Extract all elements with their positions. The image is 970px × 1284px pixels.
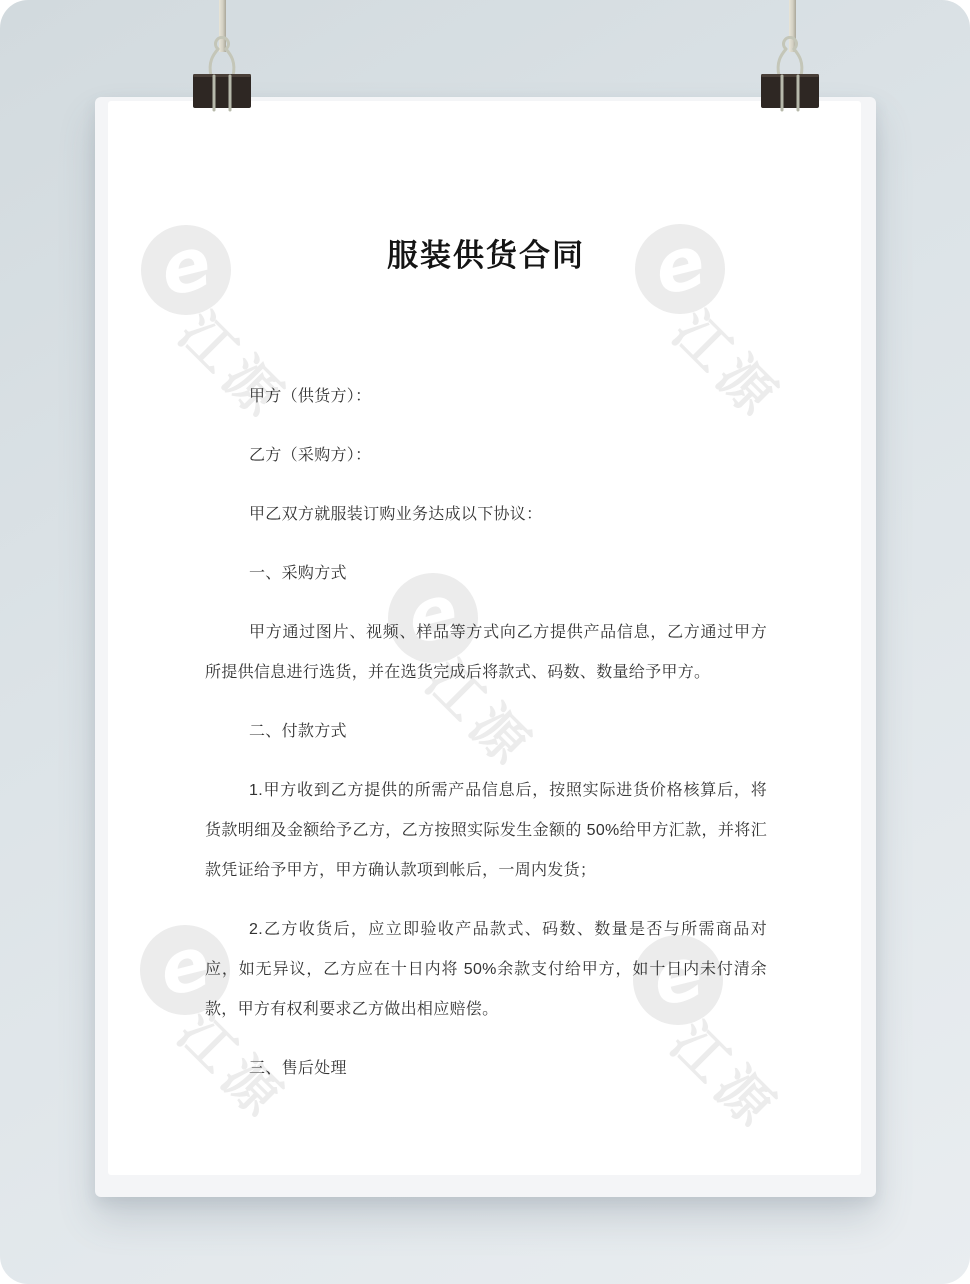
paragraph: 1.甲方收到乙方提供的所需产品信息后，按照实际进货价格核算后，将货款明细及金额给… bbox=[205, 771, 767, 891]
binder-clip-right bbox=[753, 36, 827, 114]
contract-body: 服装供货合同 甲方（供货方）：乙方（采购方）：甲乙双方就服装订购业务达成以下协议… bbox=[108, 101, 861, 1089]
paragraph: 一、采购方式 bbox=[205, 554, 767, 594]
paragraph: 甲方（供货方）： bbox=[205, 377, 767, 417]
contract-page: e 江源 e 江源 e 江源 e 江源 e 江源 服装供货合同 bbox=[108, 101, 861, 1175]
document-title: 服装供货合同 bbox=[205, 238, 767, 274]
paragraph: 乙方（采购方）： bbox=[205, 436, 767, 476]
paragraph: 二、付款方式 bbox=[205, 712, 767, 752]
paragraph: 甲乙双方就服装订购业务达成以下协议： bbox=[205, 495, 767, 535]
paragraph-list: 甲方（供货方）：乙方（采购方）：甲乙双方就服装订购业务达成以下协议：一、采购方式… bbox=[205, 377, 767, 1089]
contract-mockup-scene: e 江源 e 江源 e 江源 e 江源 e 江源 服装供货合同 bbox=[0, 0, 970, 1284]
binder-clip-left bbox=[185, 36, 259, 114]
paragraph: 三、售后处理 bbox=[205, 1049, 767, 1089]
paragraph: 甲方通过图片、视频、样品等方式向乙方提供产品信息，乙方通过甲方所提供信息进行选货… bbox=[205, 613, 767, 693]
paragraph: 2.乙方收货后，应立即验收产品款式、码数、数量是否与所需商品对应，如无异议，乙方… bbox=[205, 910, 767, 1030]
paper-backing-sheet: e 江源 e 江源 e 江源 e 江源 e 江源 服装供货合同 bbox=[95, 97, 876, 1197]
